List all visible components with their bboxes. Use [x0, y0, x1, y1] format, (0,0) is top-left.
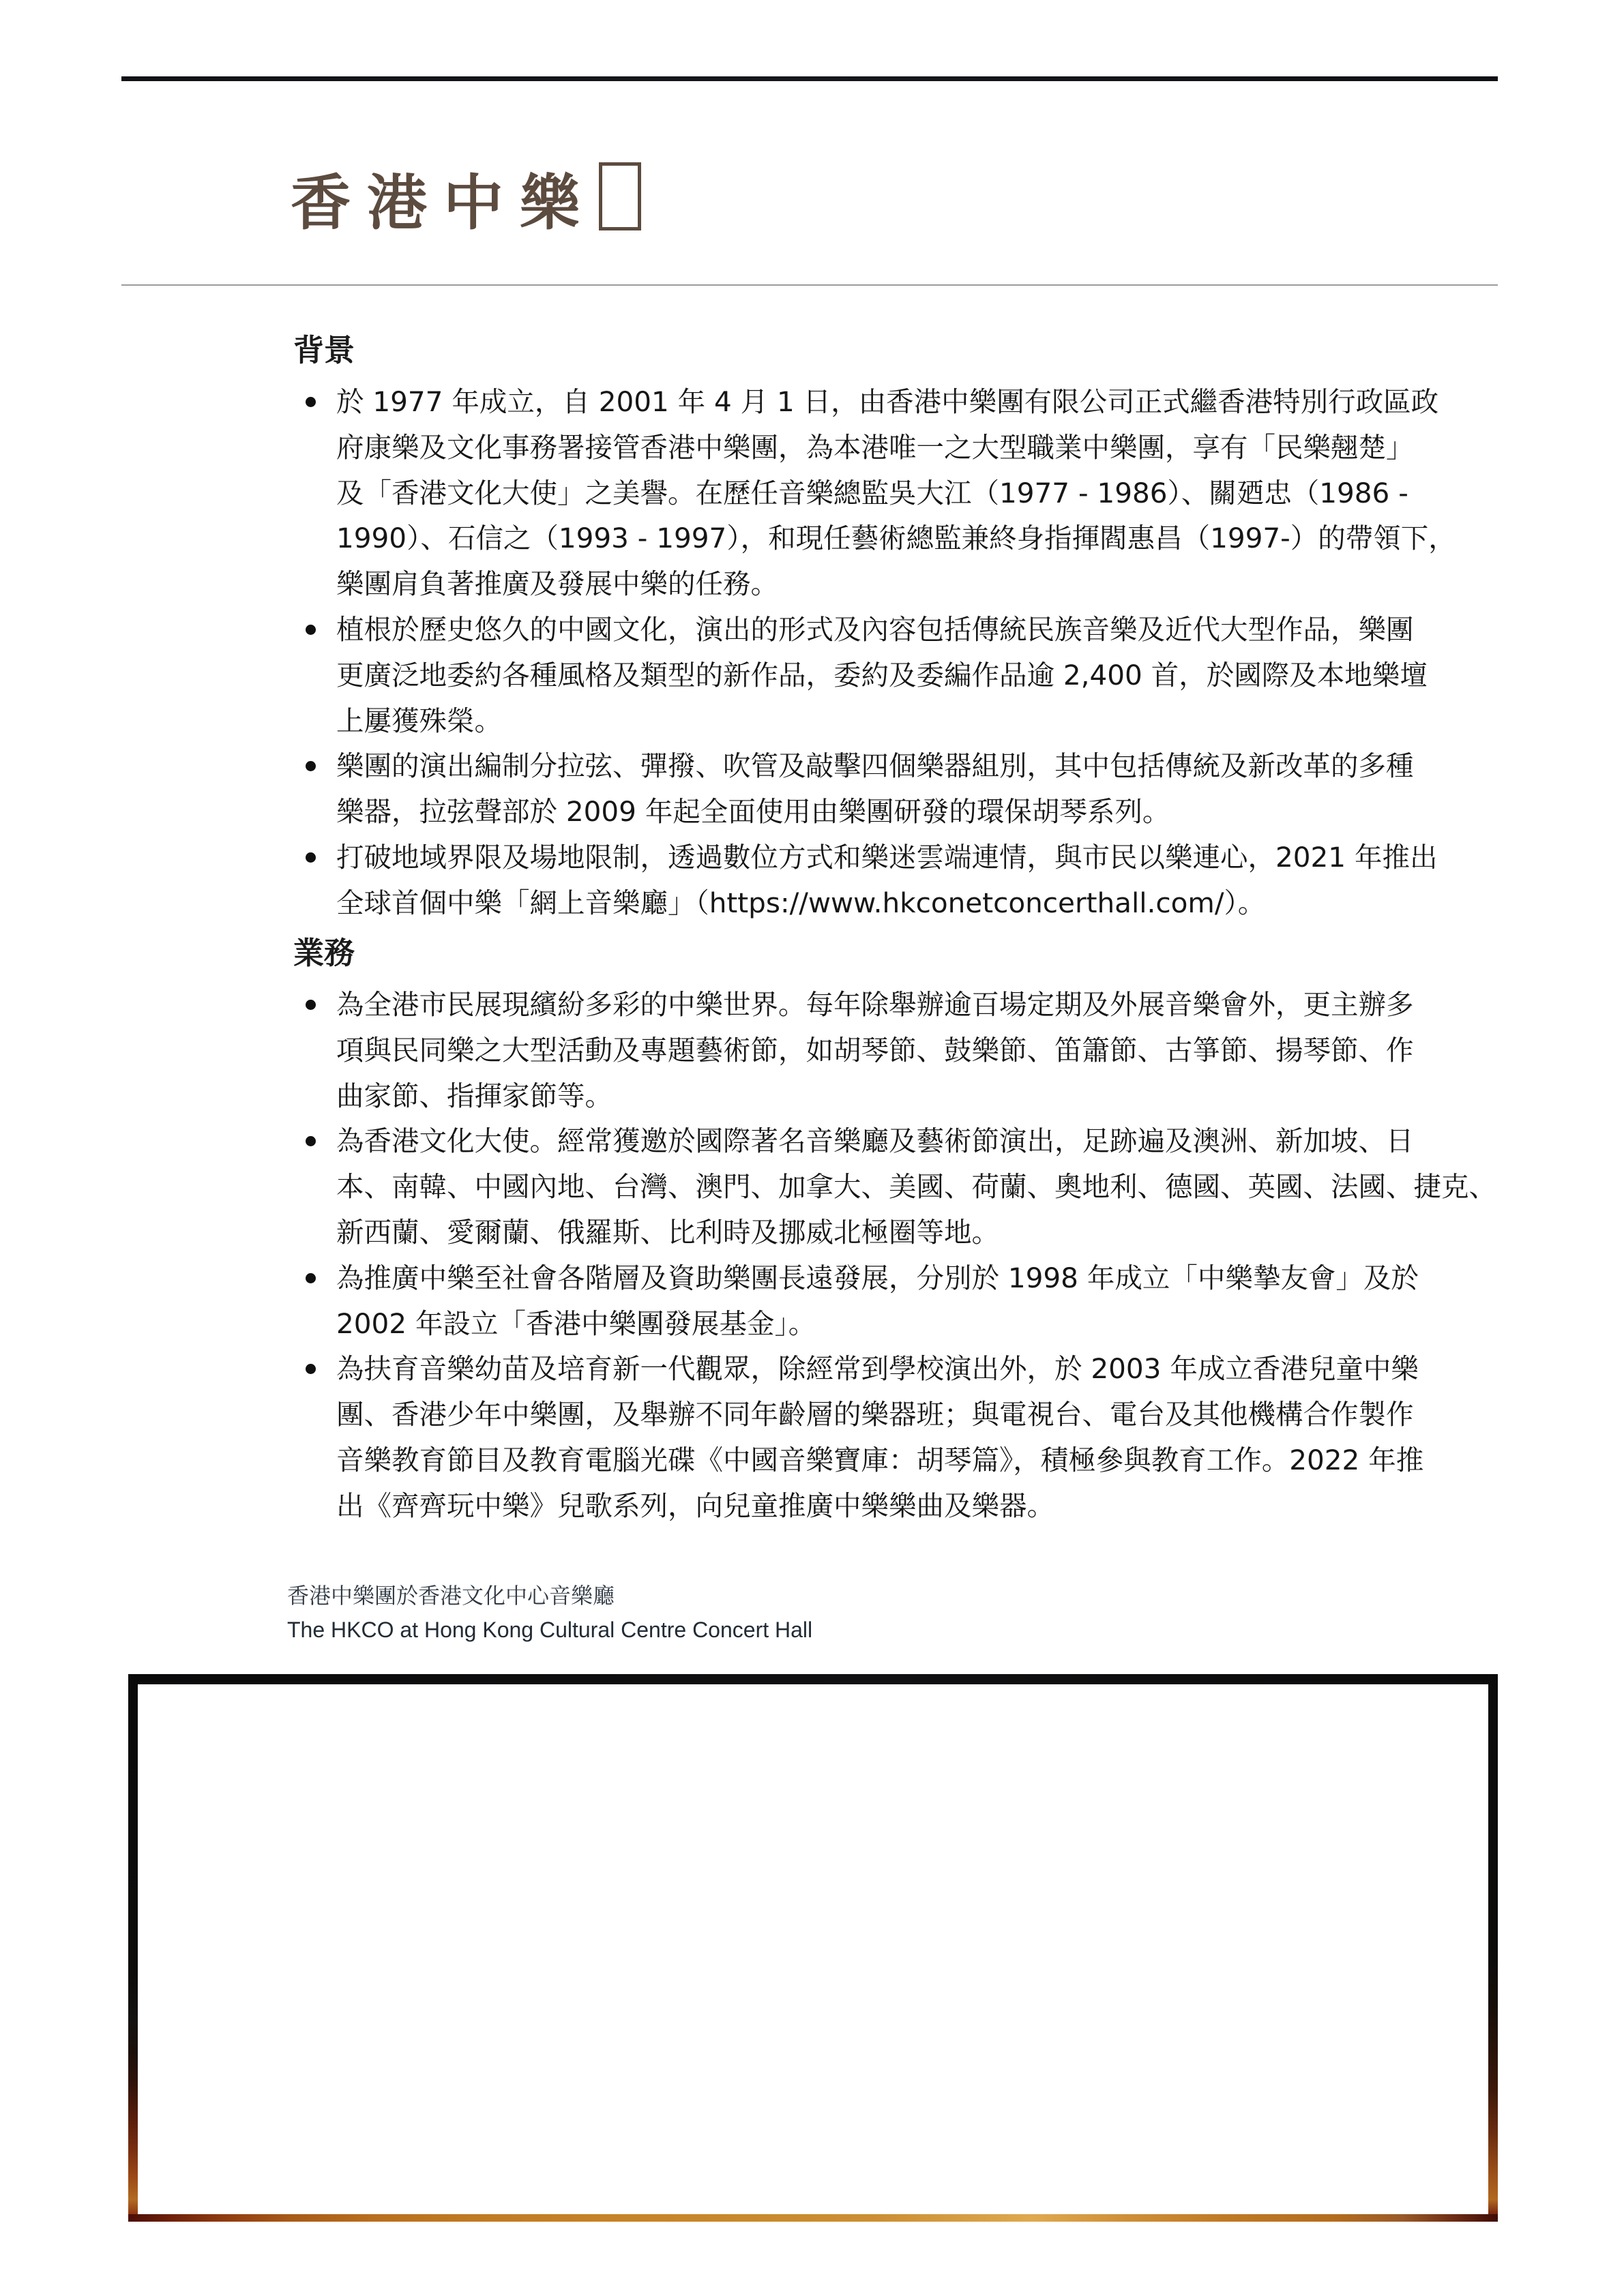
bullet-item: 為扶育音樂幼苗及培育新一代觀眾，除經常到學校演出外，於 2003 年成立香港兒童… — [293, 1346, 1439, 1528]
text-line: 上屢獲殊榮。 — [336, 698, 1439, 744]
text-line: 項與民同樂之大型活動及專題藝術節，如胡琴節、鼓樂節、笛簫節、古箏節、揚琴節、作 — [336, 1028, 1439, 1073]
photo-right-edge — [1488, 1674, 1498, 2222]
photo-caption: 香港中樂團於香港文化中心音樂廳 The HKCO at Hong Kong Cu… — [287, 1581, 812, 1645]
bullet-text: 為扶育音樂幼苗及培育新一代觀眾，除經常到學校演出外，於 2003 年成立香港兒童… — [336, 1346, 1439, 1528]
title-divider — [121, 284, 1498, 286]
text-line: 府康樂及文化事務署接管香港中樂團，為本港唯一之大型職業中樂團，享有「民樂翹楚」 — [336, 425, 1456, 471]
text-line: 植根於歷史悠久的中國文化，演出的形式及內容包括傳統民族音樂及近代大型作品，樂團 — [336, 607, 1439, 653]
bullet-text: 樂團的演出編制分拉弦、彈撥、吹管及敲擊四個樂器組別，其中包括傳統及新改革的多種樂… — [336, 743, 1439, 835]
text-line: 更廣泛地委約各種風格及類型的新作品，委約及委編作品逾 2,400 首，於國際及本… — [336, 653, 1439, 698]
photo-caption-zh: 香港中樂團於香港文化中心音樂廳 — [287, 1581, 812, 1611]
bullet-dot-icon — [306, 1364, 316, 1374]
text-line: 打破地域界限及場地限制，透過數位方式和樂迷雲端連情，與市民以樂連心，2021 年… — [336, 835, 1439, 880]
missing-glyph-box — [599, 162, 641, 230]
bullet-text: 於 1977 年成立，自 2001 年 4 月 1 日，由香港中樂團有限公司正式… — [336, 379, 1456, 607]
photo-left-edge — [128, 1674, 138, 2222]
text-line: 及「香港文化大使」之美譽。在歷任音樂總監吳大江（1977 - 1986）、關廼忠… — [336, 471, 1456, 516]
background-heading: 背景 — [293, 330, 1439, 371]
background-bullet-list: 於 1977 年成立，自 2001 年 4 月 1 日，由香港中樂團有限公司正式… — [293, 379, 1439, 926]
bullet-dot-icon — [306, 1273, 316, 1283]
text-line: 為推廣中樂至社會各階層及資助樂團長遠發展，分別於 1998 年成立「中樂摯友會」… — [336, 1255, 1439, 1301]
text-line: 出《齊齊玩中樂》兒歌系列，向兒童推廣中樂樂曲及樂器。 — [336, 1483, 1439, 1529]
bullet-dot-icon — [306, 1000, 316, 1010]
bullet-dot-icon — [306, 852, 316, 863]
page-title: 香港中樂 — [291, 162, 641, 237]
photo-top-edge — [128, 1674, 1498, 1684]
top-rule — [121, 76, 1498, 81]
bullet-item: 植根於歷史悠久的中國文化，演出的形式及內容包括傳統民族音樂及近代大型作品，樂團更… — [293, 607, 1439, 743]
bullet-item: 為香港文化大使。經常獲邀於國際著名音樂廳及藝術節演出，足跡遍及澳洲、新加坡、日本… — [293, 1118, 1439, 1255]
bullet-dot-icon — [306, 1136, 316, 1146]
text-line: 1990）、石信之（1993 - 1997），和現任藝術總監兼終身指揮閻惠昌（1… — [336, 516, 1456, 561]
bullet-item: 樂團的演出編制分拉弦、彈撥、吹管及敲擊四個樂器組別，其中包括傳統及新改革的多種樂… — [293, 743, 1439, 835]
text-line: 樂團的演出編制分拉弦、彈撥、吹管及敲擊四個樂器組別，其中包括傳統及新改革的多種 — [336, 743, 1439, 789]
text-line: 全球首個中樂「網上音樂廳」（https://www.hkconetconcert… — [336, 880, 1439, 926]
text-line: 新西蘭、愛爾蘭、俄羅斯、比利時及挪威北極圈等地。 — [336, 1210, 1496, 1255]
text-line: 樂器，拉弦聲部於 2009 年起全面使用由樂團研發的環保胡琴系列。 — [336, 789, 1439, 835]
business-heading: 業務 — [293, 933, 1439, 974]
text-line: 團、香港少年中樂團，及舉辦不同年齡層的樂器班；與電視台、電台及其他機構合作製作 — [336, 1392, 1439, 1437]
text-line: 於 1977 年成立，自 2001 年 4 月 1 日，由香港中樂團有限公司正式… — [336, 379, 1456, 425]
text-line: 本、南韓、中國內地、台灣、澳門、加拿大、美國、荷蘭、奧地利、德國、英國、法國、捷… — [336, 1164, 1496, 1210]
bullet-dot-icon — [306, 625, 316, 635]
text-line: 2002 年設立「香港中樂團發展基金」。 — [336, 1301, 1439, 1347]
bullet-item: 打破地域界限及場地限制，透過數位方式和樂迷雲端連情，與市民以樂連心，2021 年… — [293, 835, 1439, 926]
photo-stage-floor-strip — [128, 2214, 1498, 2222]
bullet-text: 為推廣中樂至社會各階層及資助樂團長遠發展，分別於 1998 年成立「中樂摯友會」… — [336, 1255, 1439, 1347]
text-line: 為全港市民展現繽紛多彩的中樂世界。每年除舉辦逾百場定期及外展音樂會外，更主辦多 — [336, 982, 1439, 1028]
text-line: 為香港文化大使。經常獲邀於國際著名音樂廳及藝術節演出，足跡遍及澳洲、新加坡、日 — [336, 1118, 1496, 1164]
photo-frame — [128, 1674, 1498, 2222]
bullet-item: 為推廣中樂至社會各階層及資助樂團長遠發展，分別於 1998 年成立「中樂摯友會」… — [293, 1255, 1439, 1347]
text-line: 樂團肩負著推廣及發展中樂的任務。 — [336, 561, 1456, 607]
document-page: 香港中樂 背景 於 1977 年成立，自 2001 年 4 月 1 日，由香港中… — [0, 0, 1624, 2296]
bullet-item: 於 1977 年成立，自 2001 年 4 月 1 日，由香港中樂團有限公司正式… — [293, 379, 1439, 607]
section-business: 業務 為全港市民展現繽紛多彩的中樂世界。每年除舉辦逾百場定期及外展音樂會外，更主… — [293, 933, 1439, 1529]
text-line: 為扶育音樂幼苗及培育新一代觀眾，除經常到學校演出外，於 2003 年成立香港兒童… — [336, 1346, 1439, 1392]
section-background: 背景 於 1977 年成立，自 2001 年 4 月 1 日，由香港中樂團有限公… — [293, 330, 1439, 926]
text-line: 音樂教育節目及教育電腦光碟《中國音樂寶庫：胡琴篇》，積極參與教育工作。2022 … — [336, 1437, 1439, 1483]
bullet-dot-icon — [306, 397, 316, 407]
bullet-text: 為全港市民展現繽紛多彩的中樂世界。每年除舉辦逾百場定期及外展音樂會外，更主辦多項… — [336, 982, 1439, 1118]
page-title-text: 香港中樂 — [291, 167, 596, 238]
photo-caption-en: The HKCO at Hong Kong Cultural Centre Co… — [287, 1615, 812, 1645]
bullet-text: 為香港文化大使。經常獲邀於國際著名音樂廳及藝術節演出，足跡遍及澳洲、新加坡、日本… — [336, 1118, 1496, 1255]
bullet-text: 植根於歷史悠久的中國文化，演出的形式及內容包括傳統民族音樂及近代大型作品，樂團更… — [336, 607, 1439, 743]
bullet-text: 打破地域界限及場地限制，透過數位方式和樂迷雲端連情，與市民以樂連心，2021 年… — [336, 835, 1439, 926]
business-bullet-list: 為全港市民展現繽紛多彩的中樂世界。每年除舉辦逾百場定期及外展音樂會外，更主辦多項… — [293, 982, 1439, 1529]
bullet-item: 為全港市民展現繽紛多彩的中樂世界。每年除舉辦逾百場定期及外展音樂會外，更主辦多項… — [293, 982, 1439, 1118]
text-line: 曲家節、指揮家節等。 — [336, 1073, 1439, 1119]
bullet-dot-icon — [306, 761, 316, 771]
